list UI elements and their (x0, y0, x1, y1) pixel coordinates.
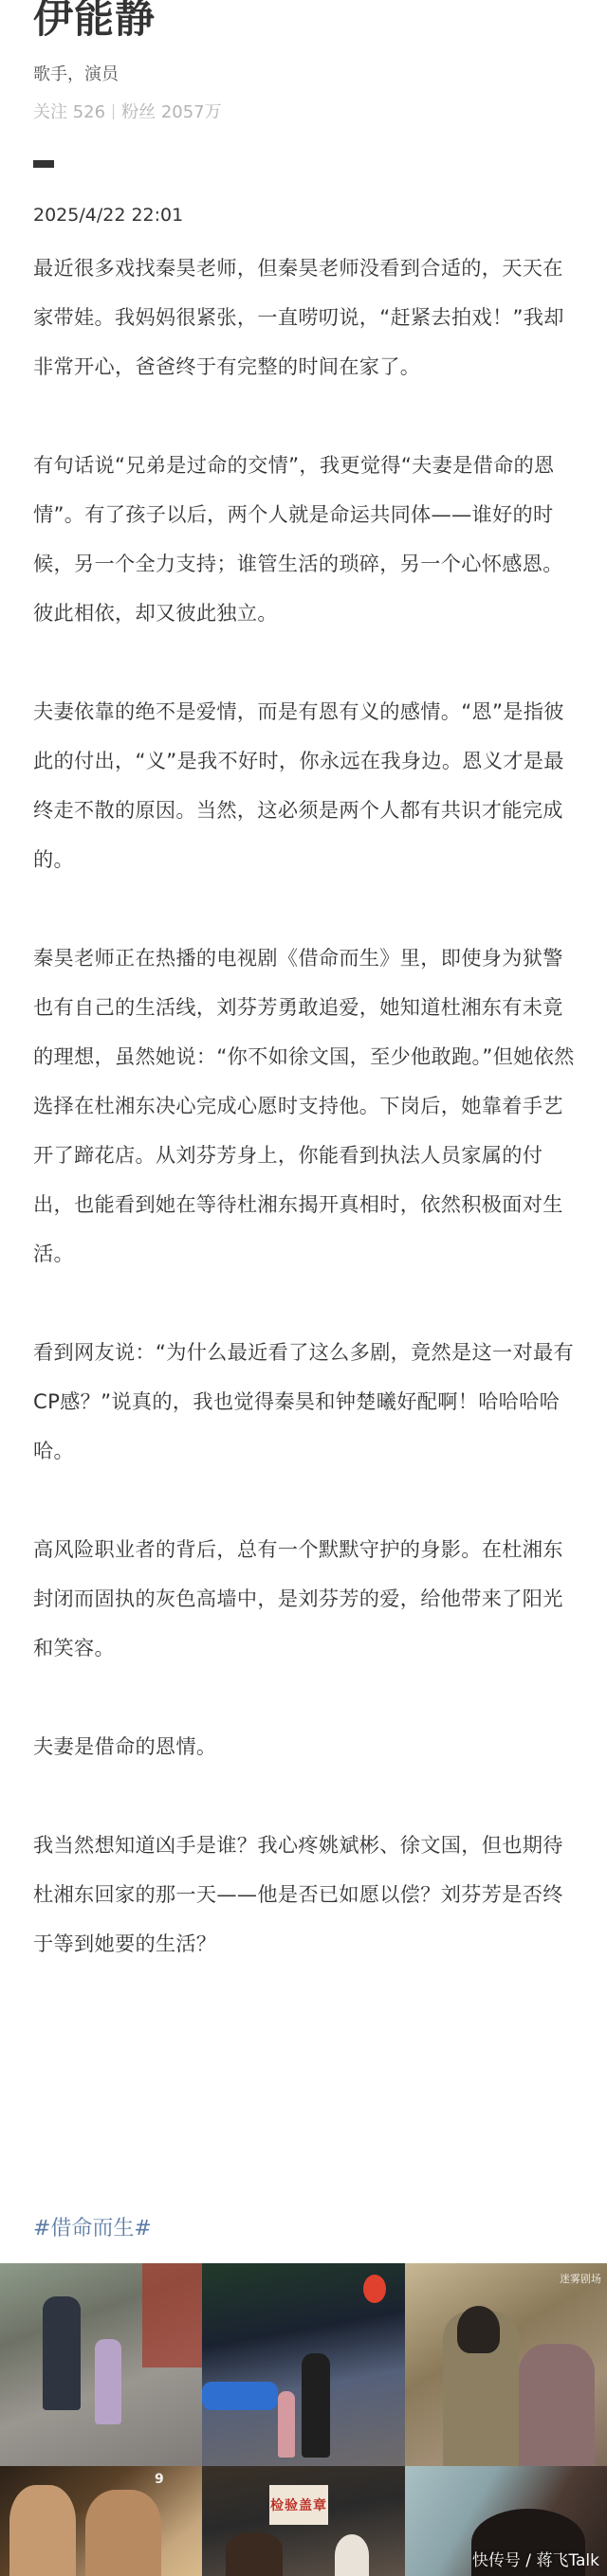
hashtag-link[interactable]: #借命而生# (33, 2213, 152, 2245)
face-shape (9, 2485, 76, 2576)
building-shape (142, 2263, 202, 2367)
channel-logo: 9 (155, 2472, 164, 2487)
figure-shape (278, 2391, 295, 2458)
author-stats: 关注 526粉丝 2057万 (33, 100, 222, 125)
lantern-shape (363, 2275, 386, 2303)
image-grid: 迷雾剧场 9 检验盖章 快传号 / 蒋飞Talk (0, 2263, 607, 2576)
channel-logo: 迷雾剧场 (560, 2271, 601, 2286)
post-content: 最近很多戏找秦昊老师，但秦昊老师没看到合适的，天天在家带娃。我妈妈很紧张，一直唠… (33, 244, 579, 2018)
car-shape (202, 2382, 278, 2410)
author-bio: 歌手，演员 (33, 63, 119, 87)
figure-shape (302, 2353, 330, 2458)
photo-drama-still-4[interactable]: 快传号 / 蒋飞Talk (405, 2466, 607, 2576)
section-divider-bar (33, 160, 54, 168)
figure-shape (519, 2344, 595, 2466)
post-paragraph: 最近很多戏找秦昊老师，但秦昊老师没看到合适的，天天在家带娃。我妈妈很紧张，一直唠… (33, 244, 579, 391)
photo-street-day[interactable] (0, 2263, 202, 2466)
following-label[interactable]: 关注 (33, 102, 67, 122)
figure-shape (226, 2532, 283, 2576)
followers-label[interactable]: 粉丝 (121, 102, 156, 122)
photo-street-night[interactable] (202, 2263, 405, 2466)
post-date: 2025/4/22 22:01 (33, 202, 183, 228)
figure-shape (335, 2534, 369, 2576)
weibo-post-page: 伊能静 歌手，演员 关注 526粉丝 2057万 2025/4/22 22:01… (0, 0, 607, 2576)
hair-shape (457, 2306, 500, 2353)
post-paragraph: 夫妻是借命的恩情。 (33, 1722, 579, 1771)
shop-sign: 检验盖章 (269, 2485, 328, 2525)
following-count[interactable]: 526 (73, 102, 105, 122)
author-name[interactable]: 伊能静 (33, 0, 156, 44)
post-paragraph: 我当然想知道凶手是谁？我心疼姚斌彬、徐文国，但也期待杜湘东回家的那一天——他是否… (33, 1821, 579, 1968)
post-paragraph: 看到网友说：“为什么最近看了这么多剧，竟然是这一对最有CP感？”说真的，我也觉得… (33, 1328, 579, 1476)
face-shape (85, 2490, 161, 2576)
followers-count[interactable]: 2057万 (161, 102, 222, 122)
photo-drama-still-3[interactable]: 检验盖章 (202, 2466, 405, 2576)
post-paragraph: 高风险职业者的背后，总有一个默默守护的身影。在杜湘东封闭而固执的灰色高墙中，是刘… (33, 1525, 579, 1673)
figure-shape (95, 2339, 121, 2424)
post-paragraph: 夫妻依靠的绝不是爱情，而是有恩有义的感情。“恩”是指彼此的付出，“义”是我不好时… (33, 687, 579, 884)
photo-drama-still-2[interactable]: 9 (0, 2466, 202, 2576)
source-watermark: 快传号 / 蒋飞Talk (472, 2547, 599, 2570)
post-paragraph: 有句话说“兄弟是过命的交情”，我更觉得“夫妻是借命的恩情”。有了孩子以后，两个人… (33, 441, 579, 638)
photo-drama-still-1[interactable]: 迷雾剧场 (405, 2263, 607, 2466)
post-paragraph: 秦昊老师正在热播的电视剧《借命而生》里，即使身为狱警也有自己的生活线，刘芬芳勇敢… (33, 934, 579, 1279)
stats-divider (113, 104, 114, 119)
figure-shape (43, 2296, 81, 2410)
